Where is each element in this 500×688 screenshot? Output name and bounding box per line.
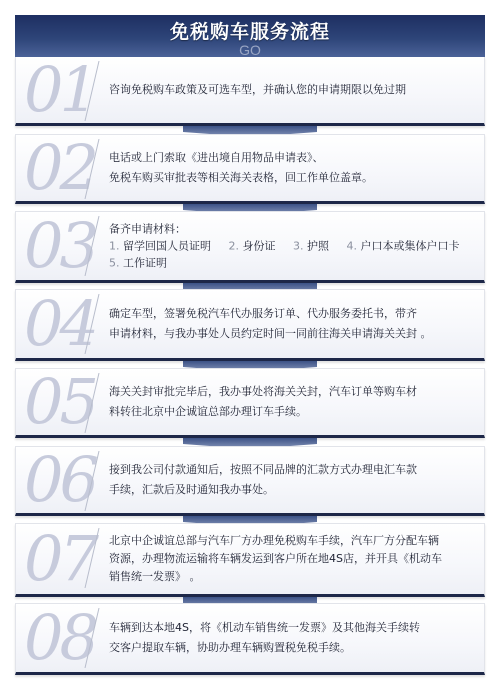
step-text-line: 电话或上门索取《进出境自用物品申请表》、 [109,148,472,168]
step-card-08: 08 车辆到达本地4S，将《机动车销售统一发票》及其他海关手续转 交客户提取车辆… [15,603,485,675]
material-item: 1. 留学回国人员证明 [109,240,211,253]
divider-slash-icon [84,294,100,354]
step-text-line: 确定车型，签署免税汽车代办服务订单、代办服务委托书，带齐 [109,304,472,324]
step-card-01: 01 咨询免税购车政策及可选车型，并确认您的申请期限以免过期 [15,57,485,126]
step-card-06: 06 接到我公司付款通知后，按照不同品牌的汇款方式办理电汇车款 手续，汇款后及时… [15,446,485,516]
step-description: 咨询免税购车政策及可选车型，并确认您的申请期限以免过期 [109,80,472,100]
step-text-line: 申请材料，与我办事处人员约定时间一同前往海关申请海关关封 。 [109,324,472,344]
divider-slash-icon [84,216,100,276]
step-text-line: 交客户提取车辆，协助办理车辆购置税免税手续。 [109,638,472,658]
step-text-line: 免税车购买审批表等相关海关表格，回工作单位盖章。 [109,168,472,188]
step-card-02: 02 电话或上门索取《进出境自用物品申请表》、 免税车购买审批表等相关海关表格，… [15,134,485,204]
step-text-line: 手续，汇款后及时通知我办事处。 [109,480,472,500]
divider-slash-icon [84,373,100,433]
material-item: 3. 护照 [293,240,329,253]
step-description: 车辆到达本地4S，将《机动车销售统一发票》及其他海关手续转 交客户提取车辆，协助… [109,618,472,658]
step-description: 接到我公司付款通知后，按照不同品牌的汇款方式办理电汇车款 手续，汇款后及时通知我… [109,460,472,500]
step-description: 备齐申请材料： 1. 留学回国人员证明 2. 身份证 3. 护照 4. 户口本或… [109,221,472,272]
step-description: 海关关封审批完毕后，我办事处将海关关封，汽车订单等购车材 料转往北京中企诚谊总部… [109,382,472,422]
step-text-line: 车辆到达本地4S，将《机动车销售统一发票》及其他海关手续转 [109,618,472,638]
step-card-07: 07 北京中企诚谊总部与汽车厂方办理免税购车手续，汽车厂方分配车辆 资源，办理物… [15,523,485,597]
step-text-line: 资源，办理物流运输将车辆发运到客户所在地4S店，并开具《机动车 [109,550,472,568]
step-card-05: 05 海关关封审批完毕后，我办事处将海关关封，汽车订单等购车材 料转往北京中企诚… [15,368,485,438]
step-description: 北京中企诚谊总部与汽车厂方办理免税购车手续，汽车厂方分配车辆 资源，办理物流运输… [109,532,472,586]
step-text-line: 海关关封审批完毕后，我办事处将海关关封，汽车订单等购车材 [109,382,472,402]
materials-list-row: 5. 工作证明 [109,255,472,272]
divider-slash-icon [84,528,100,588]
step-text-line: 销售统一发票》 。 [109,568,472,586]
step-card-04: 04 确定车型，签署免税汽车代办服务订单、代办服务委托书，带齐 申请材料，与我办… [15,289,485,361]
materials-heading: 备齐申请材料： [109,221,472,238]
step-card-03: 03 备齐申请材料： 1. 留学回国人员证明 2. 身份证 3. 护照 4. 户… [15,211,485,283]
material-item: 4. 户口本或集体户口卡 [347,240,460,253]
material-item: 2. 身份证 [229,240,276,253]
step-description: 电话或上门索取《进出境自用物品申请表》、 免税车购买审批表等相关海关表格，回工作… [109,148,472,188]
step-description: 确定车型，签署免税汽车代办服务订单、代办服务委托书，带齐 申请材料，与我办事处人… [109,304,472,344]
page-header: 免税购车服务流程 GO [15,15,485,57]
step-text-line: 咨询免税购车政策及可选车型，并确认您的申请期限以免过期 [109,80,472,100]
materials-list-row: 1. 留学回国人员证明 2. 身份证 3. 护照 4. 户口本或集体户口卡 [109,238,472,255]
divider-slash-icon [84,139,100,199]
step-text-line: 接到我公司付款通知后，按照不同品牌的汇款方式办理电汇车款 [109,460,472,480]
step-text-line: 料转往北京中企诚谊总部办理订车手续。 [109,402,472,422]
divider-slash-icon [84,451,100,511]
divider-slash-icon [84,608,100,668]
material-item: 5. 工作证明 [109,257,167,270]
step-text-line: 北京中企诚谊总部与汽车厂方办理免税购车手续，汽车厂方分配车辆 [109,532,472,550]
divider-slash-icon [84,61,100,121]
